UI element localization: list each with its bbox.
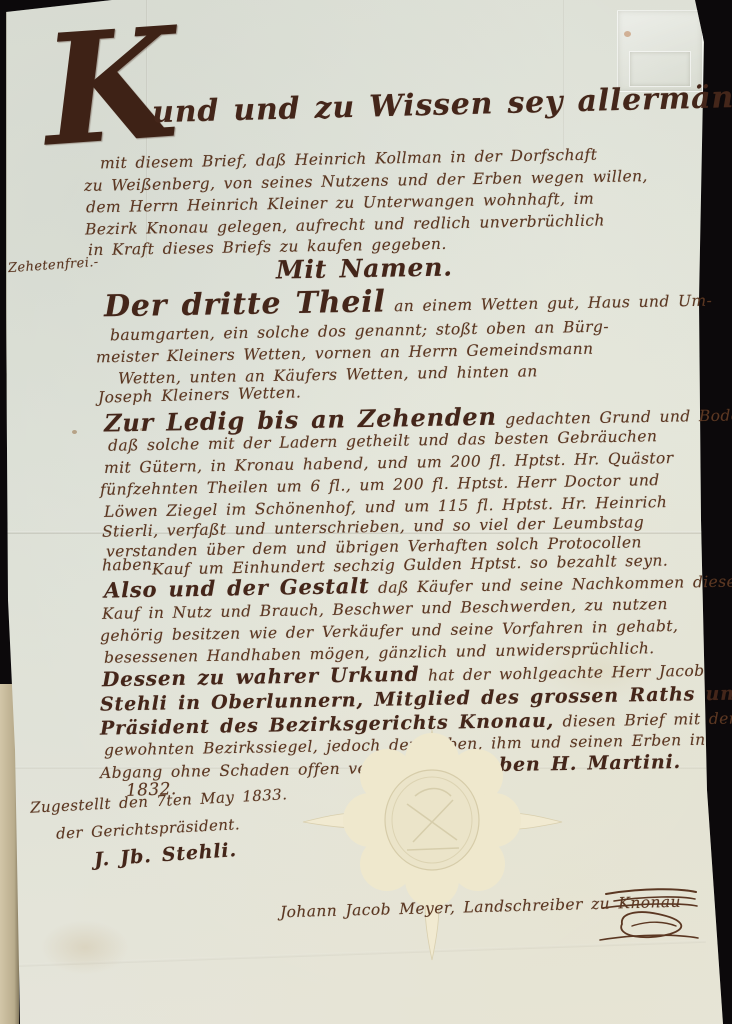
body-line: haben. [102, 556, 158, 575]
fox-spot [72, 430, 77, 434]
notary-paraph-signature [592, 884, 702, 946]
section-heading-mit-namen: Mit Namen. [276, 252, 453, 284]
paper-deckle-edge [5, 10, 7, 692]
blind-embossed-stamp [617, 10, 703, 92]
stain [40, 920, 130, 975]
embossed-paper-seal [295, 712, 570, 977]
attestation-text: diesen Brief mit dem [562, 709, 732, 730]
section-heading-dritte-theil: Der dritte Theil [104, 284, 386, 324]
photographed-manuscript: K und und zu Wissen sey allermänniglich … [0, 0, 732, 1024]
attestation-text: hat der wohlgeachte Herr Jacob [428, 662, 705, 685]
section-text: gedachten Grund und Bodens, ist solche [505, 404, 732, 428]
illuminated-initial: K [40, 22, 180, 153]
section-text: an einem Wetten gut, Haus und Um- [394, 292, 712, 316]
fold-crease [563, 0, 565, 150]
section-heading-gestalt: Also und der Gestalt [104, 573, 370, 603]
